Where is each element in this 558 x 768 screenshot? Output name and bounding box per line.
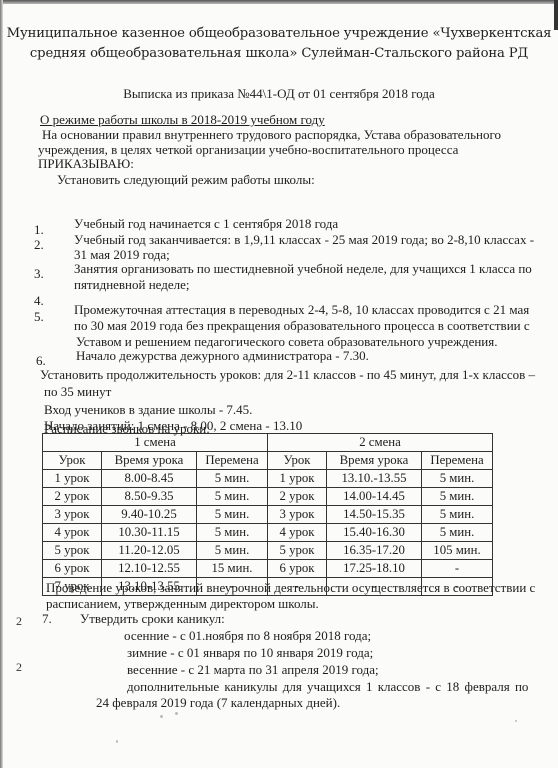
shift-1-lesson-cell: 1 урок <box>43 470 102 488</box>
column-header-row: Урок Время урока Перемена Урок Время уро… <box>43 452 493 470</box>
holiday-extra-line1: дополнительные каникулы для учащихся 1 к… <box>127 679 528 695</box>
scan-speck <box>515 720 517 722</box>
shift-1-time-cell: 11.20-12.05 <box>102 542 197 560</box>
shift-2-lesson-cell: 5 урок <box>268 542 327 560</box>
shift-1-time-cell: 9.40-10.25 <box>102 506 197 524</box>
shift-1-break-cell: 5 мин. <box>197 524 268 542</box>
shift-2-time-cell: 14.50-15.35 <box>327 506 422 524</box>
scan-top-edge <box>0 0 558 4</box>
scan-speck <box>175 712 178 715</box>
shift-1-lesson-cell: 4 урок <box>43 524 102 542</box>
shift-1-time-cell: 8.50-9.35 <box>102 488 197 506</box>
shift-2-break-cell: 5 мин. <box>422 488 493 506</box>
shift-1-header: 1 смена <box>43 434 268 452</box>
scan-left-edge <box>0 0 3 768</box>
order-subject: О режиме работы школы в 2018-2019 учебно… <box>40 112 325 128</box>
holiday-extra-line2: 24 февраля 2019 года (7 календарных дней… <box>96 695 340 711</box>
shift-2-break-cell: - <box>422 560 493 578</box>
preamble-line1: На основании правил внутреннего трудовог… <box>42 127 501 143</box>
shift-2-lesson-cell: 3 урок <box>268 506 327 524</box>
shift-1-lesson-cell: 6 урок <box>43 560 102 578</box>
shift-2-time-cell: 17.25-18.10 <box>327 560 422 578</box>
col-break-1: Перемена <box>197 452 268 470</box>
item-7-number: 7. <box>42 611 52 627</box>
shift-header-row: 1 смена 2 смена <box>43 434 493 452</box>
shift-2-break-cell: 5 мин. <box>422 506 493 524</box>
item-5-text-line1: Промежуточная аттестация в переводных 2-… <box>74 302 529 318</box>
item-4-number: 4. <box>34 293 44 309</box>
duration-line2: по 35 минут <box>44 384 111 400</box>
scan-speck <box>160 715 163 718</box>
item-2-text-line1: Учебный год заканчивается: в 1,9,11 клас… <box>74 232 534 248</box>
shift-1-break-cell: 5 мин. <box>197 470 268 488</box>
item-5-number: 5. <box>34 309 44 325</box>
holiday-winter: зимние - с 01 января по 10 января 2019 г… <box>127 645 373 661</box>
order-word: ПРИКАЗЫВАЮ: <box>38 156 134 172</box>
item-5-text-line2: по 30 мая 2019 года без прекращения обра… <box>74 318 530 334</box>
establish-line: Установить следующий режим работы школы: <box>57 172 315 188</box>
shift-1-lesson-cell: 2 урок <box>43 488 102 506</box>
item-3-text-line2: пятидневной неделе; <box>74 277 190 293</box>
duration-line1: Установить продолжительность уроков: для… <box>40 367 535 383</box>
item-2-number: 2. <box>34 237 44 253</box>
shift-2-break-cell: 5 мин. <box>422 470 493 488</box>
holiday-autumn: осенние - с 01.ноября по 8 ноября 2018 г… <box>124 628 371 644</box>
shift-1-lesson-cell: 3 урок <box>43 506 102 524</box>
shift-1-break-cell: 15 мин. <box>197 560 268 578</box>
item-1-text: Учебный год начинается с 1 сентября 2018… <box>74 216 338 232</box>
col-lesson-1: Урок <box>43 452 102 470</box>
shift-2-lesson-cell: 1 урок <box>268 470 327 488</box>
margin-mark-1: 2 <box>16 614 22 629</box>
shift-2-break-cell: 5 мин. <box>422 524 493 542</box>
table-row: 6 урок12.10-12.5515 мин.6 урок17.25-18.1… <box>43 560 493 578</box>
table-row: 5 урок11.20-12.055 мин.5 урок16.35-17.20… <box>43 542 493 560</box>
holidays-title: Утвердить сроки каникул: <box>80 611 225 627</box>
col-lesson-2: Урок <box>268 452 327 470</box>
col-break-2: Перемена <box>422 452 493 470</box>
entry-time: Вход учеников в здание школы - 7.45. <box>44 402 252 418</box>
shift-2-lesson-cell: 4 урок <box>268 524 327 542</box>
shift-1-break-cell: 5 мин. <box>197 488 268 506</box>
shift-2-header: 2 смена <box>268 434 493 452</box>
table-row: 1 урок8.00-8.455 мин.1 урок13.10.-13.555… <box>43 470 493 488</box>
shift-1-time-cell: 10.30-11.15 <box>102 524 197 542</box>
bell-schedule-table: 1 смена 2 смена Урок Время урока Перемен… <box>42 433 493 596</box>
margin-mark-2: 2 <box>16 660 22 675</box>
scan-speck <box>247 176 250 179</box>
shift-2-time-cell: 14.00-14.45 <box>327 488 422 506</box>
item-3-number: 3. <box>34 266 44 282</box>
col-time-2: Время урока <box>327 452 422 470</box>
shift-1-lesson-cell: 5 урок <box>43 542 102 560</box>
item-1-number: 1. <box>34 222 44 238</box>
schedule-rows: 1 урок8.00-8.455 мин.1 урок13.10.-13.555… <box>43 470 493 596</box>
item-6-text: Начало дежурства дежурного администратор… <box>76 348 369 364</box>
col-time-1: Время урока <box>102 452 197 470</box>
shift-2-break-cell: 105 мин. <box>422 542 493 560</box>
institution-name-line2: средняя общеобразовательная школа» Сулей… <box>0 46 558 61</box>
shift-2-time-cell: 15.40-16.30 <box>327 524 422 542</box>
shift-2-lesson-cell: 6 урок <box>268 560 327 578</box>
table-row: 4 урок10.30-11.155 мин.4 урок15.40-16.30… <box>43 524 493 542</box>
shift-1-time-cell: 12.10-12.55 <box>102 560 197 578</box>
conduct-line2: расписанием, утвержденным директором шко… <box>46 596 319 612</box>
shift-1-break-cell: 5 мин. <box>197 506 268 524</box>
table-row: 2 урок8.50-9.355 мин.2 урок14.00-14.455 … <box>43 488 493 506</box>
shift-2-time-cell: 13.10.-13.55 <box>327 470 422 488</box>
shift-2-lesson-cell: 2 урок <box>268 488 327 506</box>
scan-speck <box>116 740 118 743</box>
holiday-spring: весенние - с 21 марта по 31 апреля 2019 … <box>127 662 379 678</box>
conduct-line1: Проведение уроков, занятий внеурочной де… <box>46 580 535 596</box>
item-3-text-line1: Занятия организовать по шестидневной уче… <box>74 261 532 277</box>
shift-1-break-cell: 5 мин. <box>197 542 268 560</box>
table-row: 3 урок9.40-10.255 мин.3 урок14.50-15.355… <box>43 506 493 524</box>
institution-name-line1: Муниципальное казенное общеобразовательн… <box>0 26 558 41</box>
shift-2-time-cell: 16.35-17.20 <box>327 542 422 560</box>
extract-title: Выписка из приказа №44\1-ОД от 01 сентяб… <box>0 86 558 102</box>
shift-1-time-cell: 8.00-8.45 <box>102 470 197 488</box>
